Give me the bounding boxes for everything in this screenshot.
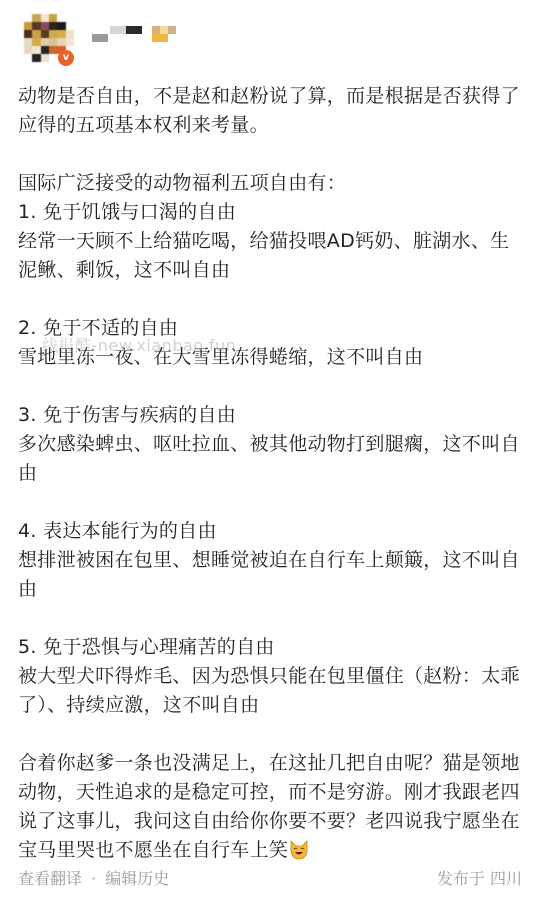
separator: ·: [91, 869, 96, 888]
paragraph: 被大型犬吓得炸毛、因为恐惧只能在包里僵住（赵粉：太乖了）、持续应激，这不叫自由: [18, 662, 528, 720]
verified-badge-icon: v: [58, 50, 74, 66]
paragraph: 多次感染蜱虫、呕吐拉血、被其他动物打到腿瘸，这不叫自由: [18, 430, 528, 488]
freedom-heading-1: 1. 免于饥饿与口渴的自由: [18, 198, 528, 227]
location-label: 发布于 四川: [437, 866, 522, 889]
freedom-heading-3: 3. 免于伤害与疾病的自由: [18, 401, 528, 430]
blank-line: [18, 285, 528, 314]
watermark: 线报酷-new.xianbao.fun: [42, 333, 236, 356]
paragraph: 经常一天顾不上给猫吃喝，给猫投喂AD钙奶、脏湖水、生泥鳅、剩饭，这不叫自由: [18, 227, 528, 285]
post-body: 动物是否自由，不是赵和赵粉说了算，而是根据是否获得了应得的五项基本权利来考量。 …: [18, 82, 528, 865]
freedom-heading-4: 4. 表达本能行为的自由: [18, 517, 528, 546]
closing-text: 合着你赵爹一条也没满足上，在这扯几把自由呢？猫是领地动物，天性追求的是稳定可控，…: [18, 752, 520, 861]
blank-line: [18, 372, 528, 401]
translate-link[interactable]: 查看翻译: [18, 869, 82, 888]
user-tag-blurred: [150, 24, 178, 42]
smiling-cat-emoji-icon: [288, 838, 310, 860]
paragraph: 想排泄被困在包里、想睡觉被迫在自行车上颠簸，这不叫自由: [18, 546, 528, 604]
blank-line: [18, 140, 528, 169]
blank-line: [18, 604, 528, 633]
footer-actions: 查看翻译 · 编辑历史: [18, 866, 169, 889]
freedom-heading-5: 5. 免于恐惧与心理痛苦的自由: [18, 633, 528, 662]
post-header: v: [0, 0, 540, 70]
blank-line: [18, 720, 528, 749]
paragraph: 国际广泛接受的动物福利五项自由有：: [18, 169, 528, 198]
closing-paragraph: 合着你赵爹一条也没满足上，在这扯几把自由呢？猫是领地动物，天性追求的是稳定可控，…: [18, 749, 528, 865]
edit-history-link[interactable]: 编辑历史: [105, 869, 169, 888]
paragraph: 动物是否自由，不是赵和赵粉说了算，而是根据是否获得了应得的五项基本权利来考量。: [18, 82, 528, 140]
blank-line: [18, 488, 528, 517]
